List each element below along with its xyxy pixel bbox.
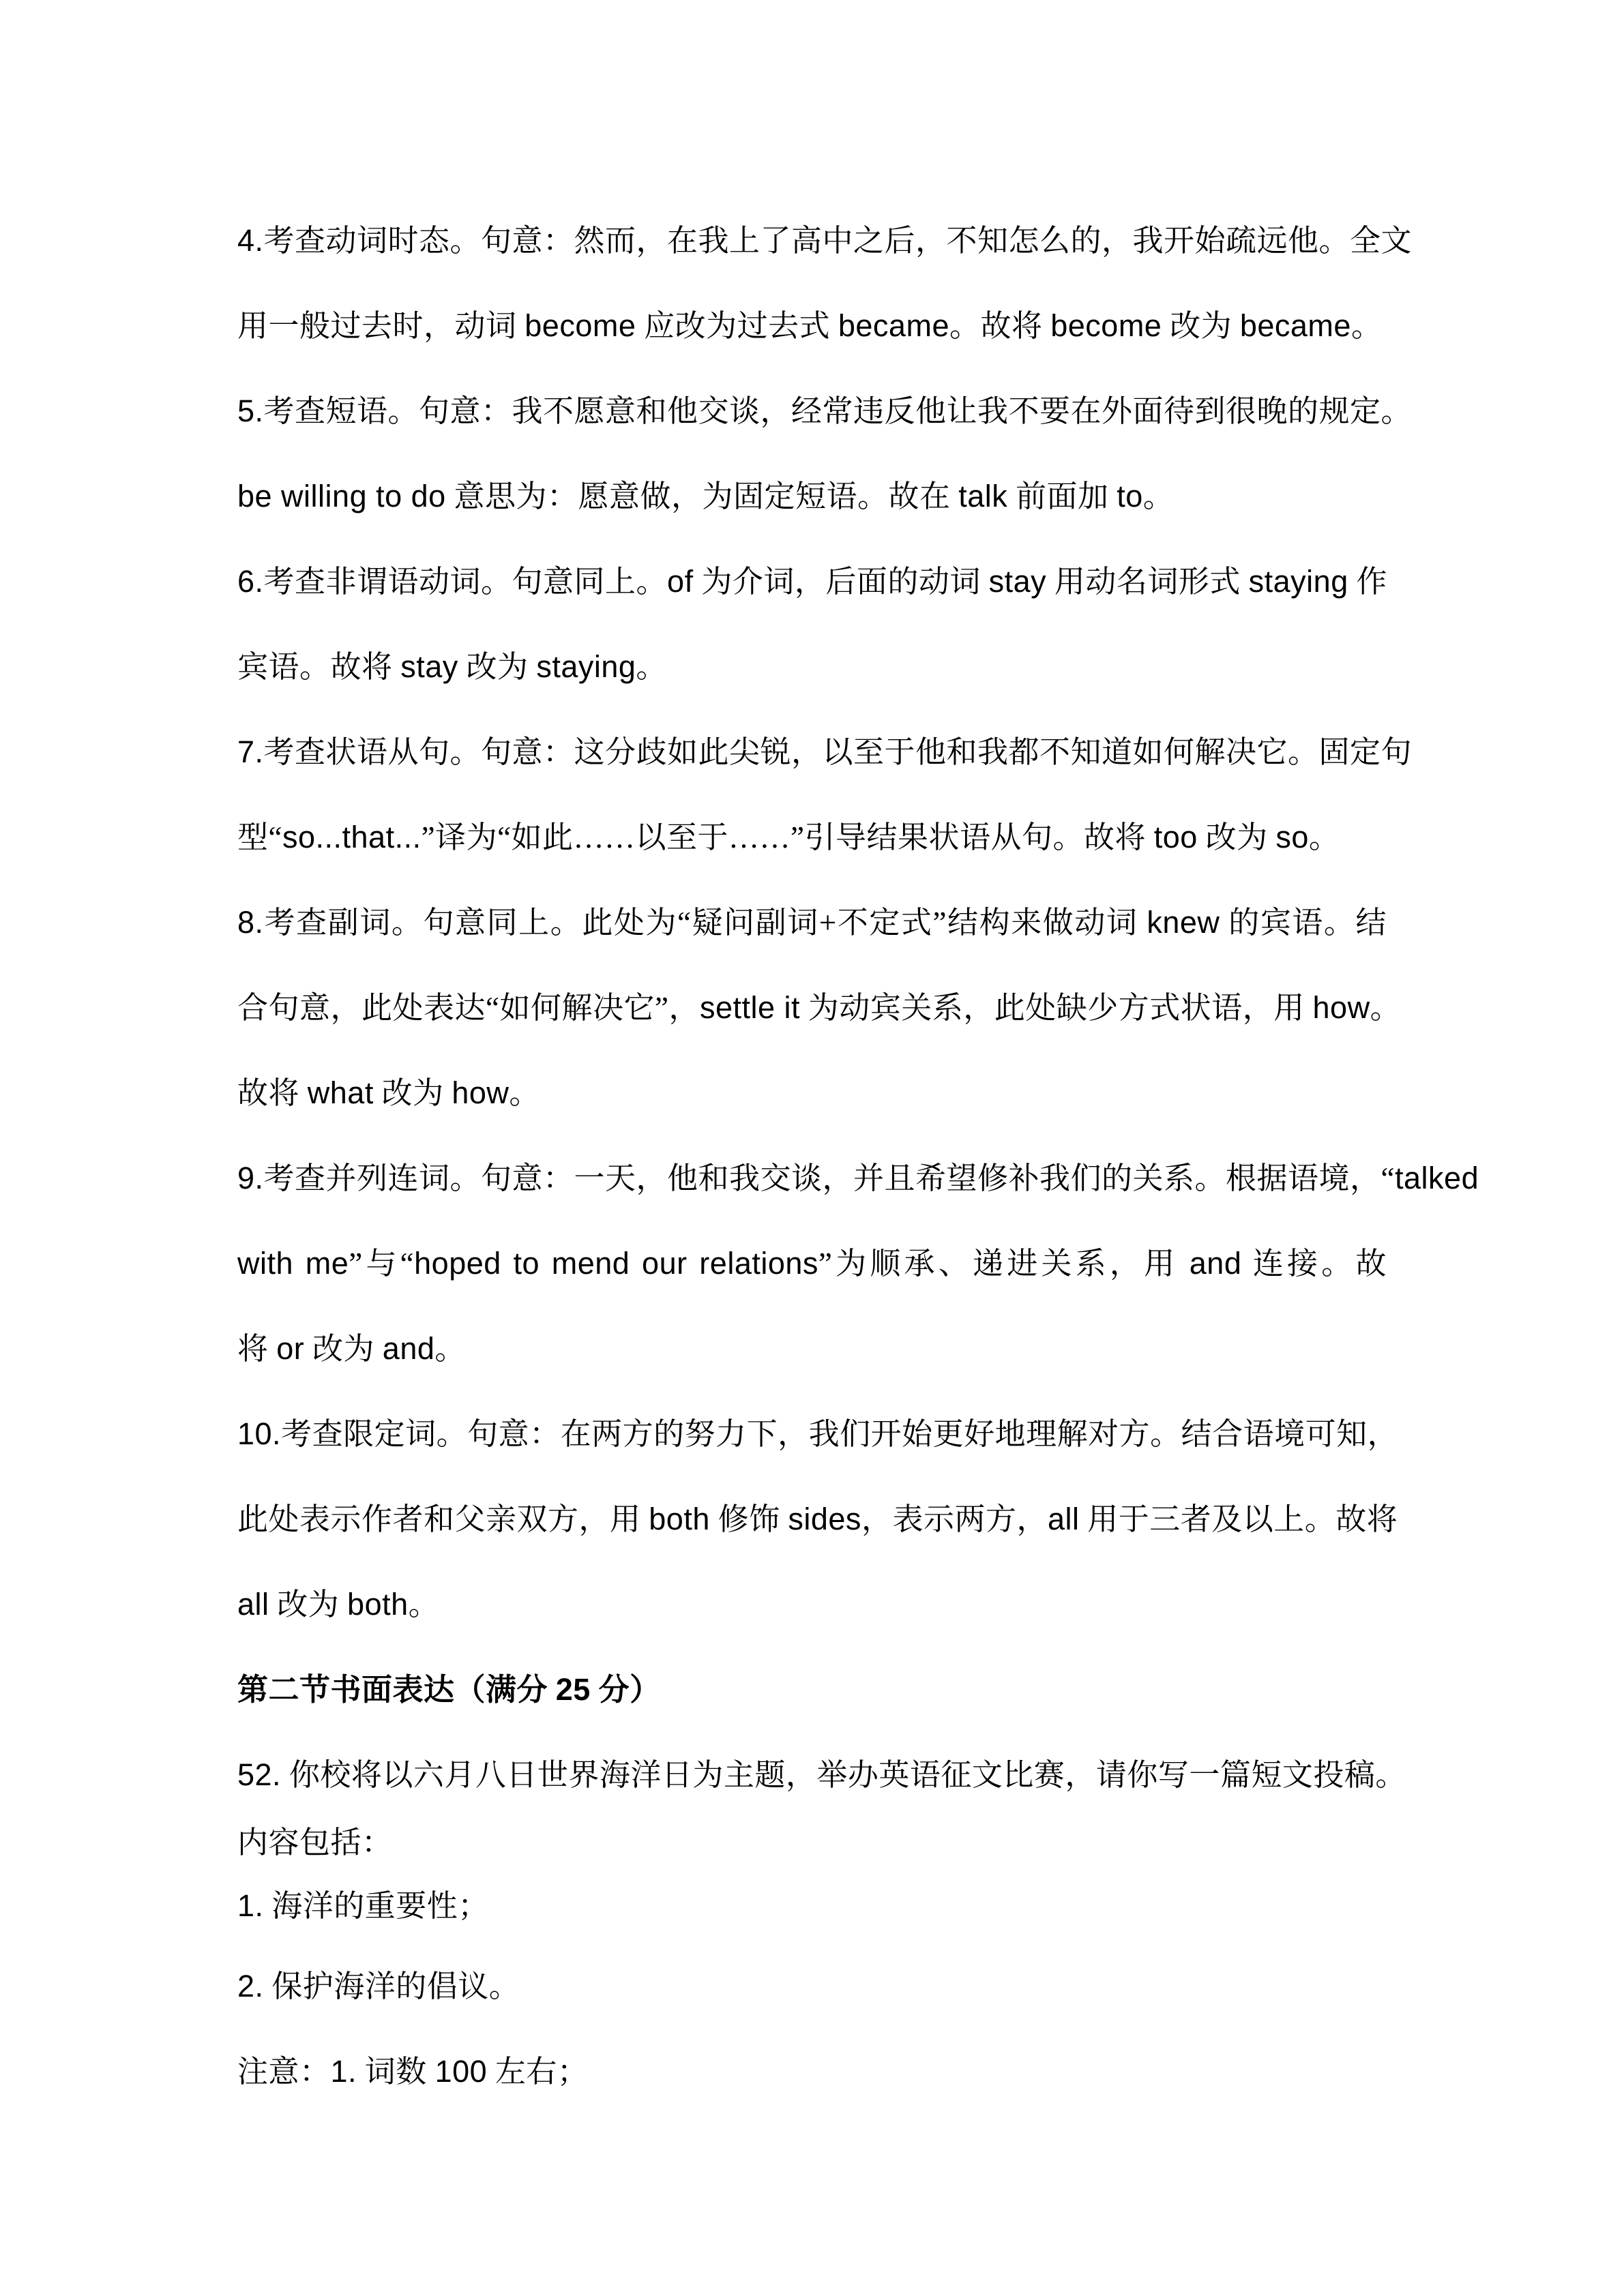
text-line: be willing to do 意思为：愿意做，为固定短语。故在 talk 前…	[237, 453, 1387, 539]
chinese-text-segment: 注意：	[237, 2055, 331, 2089]
latin-text-segment: of	[667, 564, 694, 599]
chinese-text-segment: 意思为：愿意做，为固定短语。故在	[446, 479, 959, 513]
chinese-text-segment: 改为	[1198, 820, 1276, 854]
chinese-text-segment: 型“	[237, 820, 282, 854]
latin-text-segment: 1.	[237, 1888, 264, 1923]
latin-text-segment: be willing to do	[237, 479, 446, 513]
document-content: 4.考查动词时态。句意：然而，在我上了高中之后，不知怎么的，我开始疏远他。全文用…	[237, 198, 1387, 2114]
chinese-text-segment: 。	[434, 1332, 466, 1366]
text-line: 9.考查并列连词。句意：一天，他和我交谈，并且希望修补我们的关系。根据语境，“t…	[237, 1135, 1387, 1221]
latin-text-segment: and	[383, 1331, 435, 1366]
chinese-text-segment: 。故将	[949, 309, 1050, 343]
latin-text-segment: so...that...	[282, 820, 422, 854]
latin-text-segment: with me	[237, 1246, 349, 1281]
latin-text-segment: 9.	[237, 1161, 264, 1195]
text-line: 注意：1. 词数 100 左右；	[237, 2029, 1387, 2114]
text-line: 10.考查限定词。句意：在两方的努力下，我们开始更好地理解对方。结合语境可知，	[237, 1391, 1387, 1476]
text-line: 52. 你校将以六月八日世界海洋日为主题，举办英语征文比赛，请你写一篇短文投稿。	[237, 1732, 1387, 1817]
text-line: 宾语。故将 stay 改为 staying。	[237, 624, 1387, 709]
latin-text-segment: 8.	[237, 905, 264, 940]
chinese-text-segment: 宾语。故将	[237, 650, 400, 684]
chinese-text-segment: 为动宾关系，此处缺少方式状语，用	[800, 991, 1313, 1025]
latin-text-segment: all	[237, 1587, 269, 1622]
chinese-text-segment: 海洋的重要性；	[264, 1889, 489, 1923]
chinese-text-segment: 改为	[304, 1332, 383, 1366]
chinese-text-segment: 。	[1351, 309, 1383, 343]
chinese-text-segment: 用于三者及以上。故将	[1079, 1502, 1398, 1536]
chinese-text-segment: 第二节书面表达（满分	[237, 1673, 556, 1707]
chinese-text-segment: 的宾语。结	[1220, 906, 1387, 940]
chinese-text-segment: 考查并列连词。句意：一天，他和我交谈，并且希望修补我们的关系。根据语境，“	[264, 1161, 1395, 1195]
chinese-text-segment: 考查副词。句意同上。此处为“疑问副词+不定式”结构来做动词	[264, 906, 1147, 940]
chinese-text-segment: 此处表示作者和父亲双方，用	[237, 1502, 649, 1536]
chinese-text-segment: 考查动词时态。句意：然而，在我上了高中之后，不知怎么的，我开始疏远他。全文	[264, 224, 1413, 258]
chinese-text-segment: 分）	[591, 1673, 661, 1707]
text-line: 内容包括：	[237, 1817, 1387, 1868]
latin-text-segment: all	[1048, 1502, 1080, 1536]
text-line: 型“so...that...”译为“如此……以至于……”引导结果状语从句。故将 …	[237, 794, 1387, 880]
text-line: 6.考查非谓语动词。句意同上。of 为介词，后面的动词 stay 用动名词形式 …	[237, 539, 1387, 624]
chinese-text-segment: 内容包括：	[237, 1825, 393, 1860]
text-line: 用一般过去时，动词 become 应改为过去式 became。故将 become…	[237, 283, 1387, 368]
chinese-text-segment: 为介词，后面的动词	[694, 565, 989, 599]
latin-text-segment: what	[308, 1075, 374, 1110]
latin-text-segment: 2.	[237, 1969, 264, 2003]
chinese-text-segment: 改为	[1162, 309, 1240, 343]
chinese-text-segment: ”为顺承、递进关系，用	[818, 1247, 1190, 1281]
chinese-text-segment: 你校将以六月八日世界海洋日为主题，举办英语征文比赛，请你写一篇短文投稿。	[281, 1758, 1406, 1792]
chinese-text-segment: 保护海洋的倡议。	[264, 1969, 520, 2003]
latin-text-segment: too	[1154, 820, 1198, 854]
latin-text-segment: settle it	[700, 990, 800, 1025]
latin-text-segment: how	[452, 1075, 509, 1110]
chinese-text-segment: 将	[237, 1332, 276, 1366]
chinese-text-segment: 用动名词形式	[1046, 565, 1249, 599]
latin-text-segment: became	[1240, 308, 1351, 343]
latin-text-segment: 52.	[237, 1757, 281, 1792]
latin-text-segment: stay	[400, 649, 458, 684]
chinese-text-segment: ”译为“如此……以至于……”引导结果状语从句。故将	[422, 820, 1154, 854]
text-line: 合句意，此处表达“如何解决它”，settle it 为动宾关系，此处缺少方式状语…	[237, 965, 1387, 1050]
chinese-text-segment: 合句意，此处表达“如何解决它”，	[237, 991, 700, 1025]
text-line: 7.考查状语从句。句意：这分歧如此尖锐，以至于他和我都不知道如何解决它。固定句	[237, 709, 1387, 794]
latin-text-segment: become	[1050, 308, 1162, 343]
chinese-text-segment: 连接。故	[1241, 1247, 1387, 1281]
latin-text-segment: stay	[989, 564, 1047, 599]
chinese-text-segment: ，表示两方，	[861, 1502, 1048, 1536]
chinese-text-segment: 改为	[269, 1587, 348, 1622]
text-line: 故将 what 改为 how。	[237, 1050, 1387, 1135]
chinese-text-segment: 考查非谓语动词。句意同上。	[264, 565, 668, 599]
chinese-text-segment: 前面加	[1007, 479, 1117, 513]
chinese-text-segment: 。	[1309, 820, 1340, 854]
chinese-text-segment: 应改为过去式	[636, 309, 838, 343]
latin-text-segment: 5.	[237, 393, 264, 428]
latin-text-segment: both	[347, 1587, 409, 1622]
chinese-text-segment: 考查状语从句。句意：这分歧如此尖锐，以至于他和我都不知道如何解决它。固定句	[264, 735, 1413, 769]
chinese-text-segment: 。	[409, 1587, 440, 1622]
chinese-text-segment: 改为	[458, 650, 537, 684]
latin-text-segment: 7.	[237, 734, 264, 769]
latin-text-segment: became	[838, 308, 949, 343]
latin-text-segment: so	[1275, 820, 1309, 854]
chinese-text-segment: 左右；	[487, 2055, 588, 2089]
latin-text-segment: 10.	[237, 1416, 281, 1451]
chinese-text-segment: 考查短语。句意：我不愿意和他交谈，经常违反他让我不要在外面待到很晚的规定。	[264, 394, 1413, 428]
latin-text-segment: 25	[556, 1672, 591, 1707]
text-line: with me”与“hoped to mend our relations”为顺…	[237, 1221, 1387, 1306]
latin-text-segment: hoped to mend our relations	[414, 1246, 818, 1281]
chinese-text-segment: 用一般过去时，动词	[237, 309, 525, 343]
chinese-text-segment: 考查限定词。句意：在两方的努力下，我们开始更好地理解对方。结合语境可知，	[281, 1417, 1398, 1451]
latin-text-segment: 4.	[237, 223, 264, 258]
latin-text-segment: and	[1190, 1246, 1242, 1281]
latin-text-segment: become	[525, 308, 636, 343]
chinese-text-segment: 。	[1370, 991, 1402, 1025]
latin-text-segment: talked	[1395, 1161, 1479, 1195]
text-line: 4.考查动词时态。句意：然而，在我上了高中之后，不知怎么的，我开始疏远他。全文	[237, 198, 1387, 283]
latin-text-segment: how	[1313, 990, 1370, 1025]
text-line: 5.考查短语。句意：我不愿意和他交谈，经常违反他让我不要在外面待到很晚的规定。	[237, 368, 1387, 453]
section-heading: 第二节书面表达（满分 25 分）	[237, 1647, 1387, 1732]
latin-text-segment: 6.	[237, 564, 264, 599]
latin-text-segment: or	[276, 1331, 304, 1366]
chinese-text-segment: ”与“	[349, 1247, 414, 1281]
latin-text-segment: to	[1117, 479, 1143, 513]
text-line: 2. 保护海洋的倡议。	[237, 1943, 1387, 2029]
chinese-text-segment: 。	[1143, 479, 1175, 513]
text-line: all 改为 both。	[237, 1562, 1387, 1647]
latin-text-segment: talk	[958, 479, 1007, 513]
chinese-text-segment: 作	[1348, 565, 1387, 599]
chinese-text-segment: 词数	[357, 2055, 435, 2089]
chinese-text-segment: 。	[636, 650, 667, 684]
text-line: 此处表示作者和父亲双方，用 both 修饰 sides，表示两方，all 用于三…	[237, 1476, 1387, 1562]
latin-text-segment: staying	[536, 649, 636, 684]
chinese-text-segment: 。	[509, 1076, 540, 1110]
latin-text-segment: 100	[435, 2054, 488, 2089]
text-line: 1. 海洋的重要性；	[237, 1868, 1387, 1943]
latin-text-segment: staying	[1249, 564, 1348, 599]
chinese-text-segment: 故将	[237, 1076, 308, 1110]
chinese-text-segment: 修饰	[710, 1502, 788, 1536]
document-page: 4.考查动词时态。句意：然而，在我上了高中之后，不知怎么的，我开始疏远他。全文用…	[0, 0, 1624, 2296]
latin-text-segment: knew	[1147, 905, 1220, 940]
latin-text-segment: sides	[788, 1502, 861, 1536]
latin-text-segment: both	[649, 1502, 710, 1536]
chinese-text-segment: 改为	[374, 1076, 452, 1110]
text-line: 8.考查副词。句意同上。此处为“疑问副词+不定式”结构来做动词 knew 的宾语…	[237, 880, 1387, 965]
text-line: 将 or 改为 and。	[237, 1306, 1387, 1391]
latin-text-segment: 1.	[331, 2054, 357, 2089]
